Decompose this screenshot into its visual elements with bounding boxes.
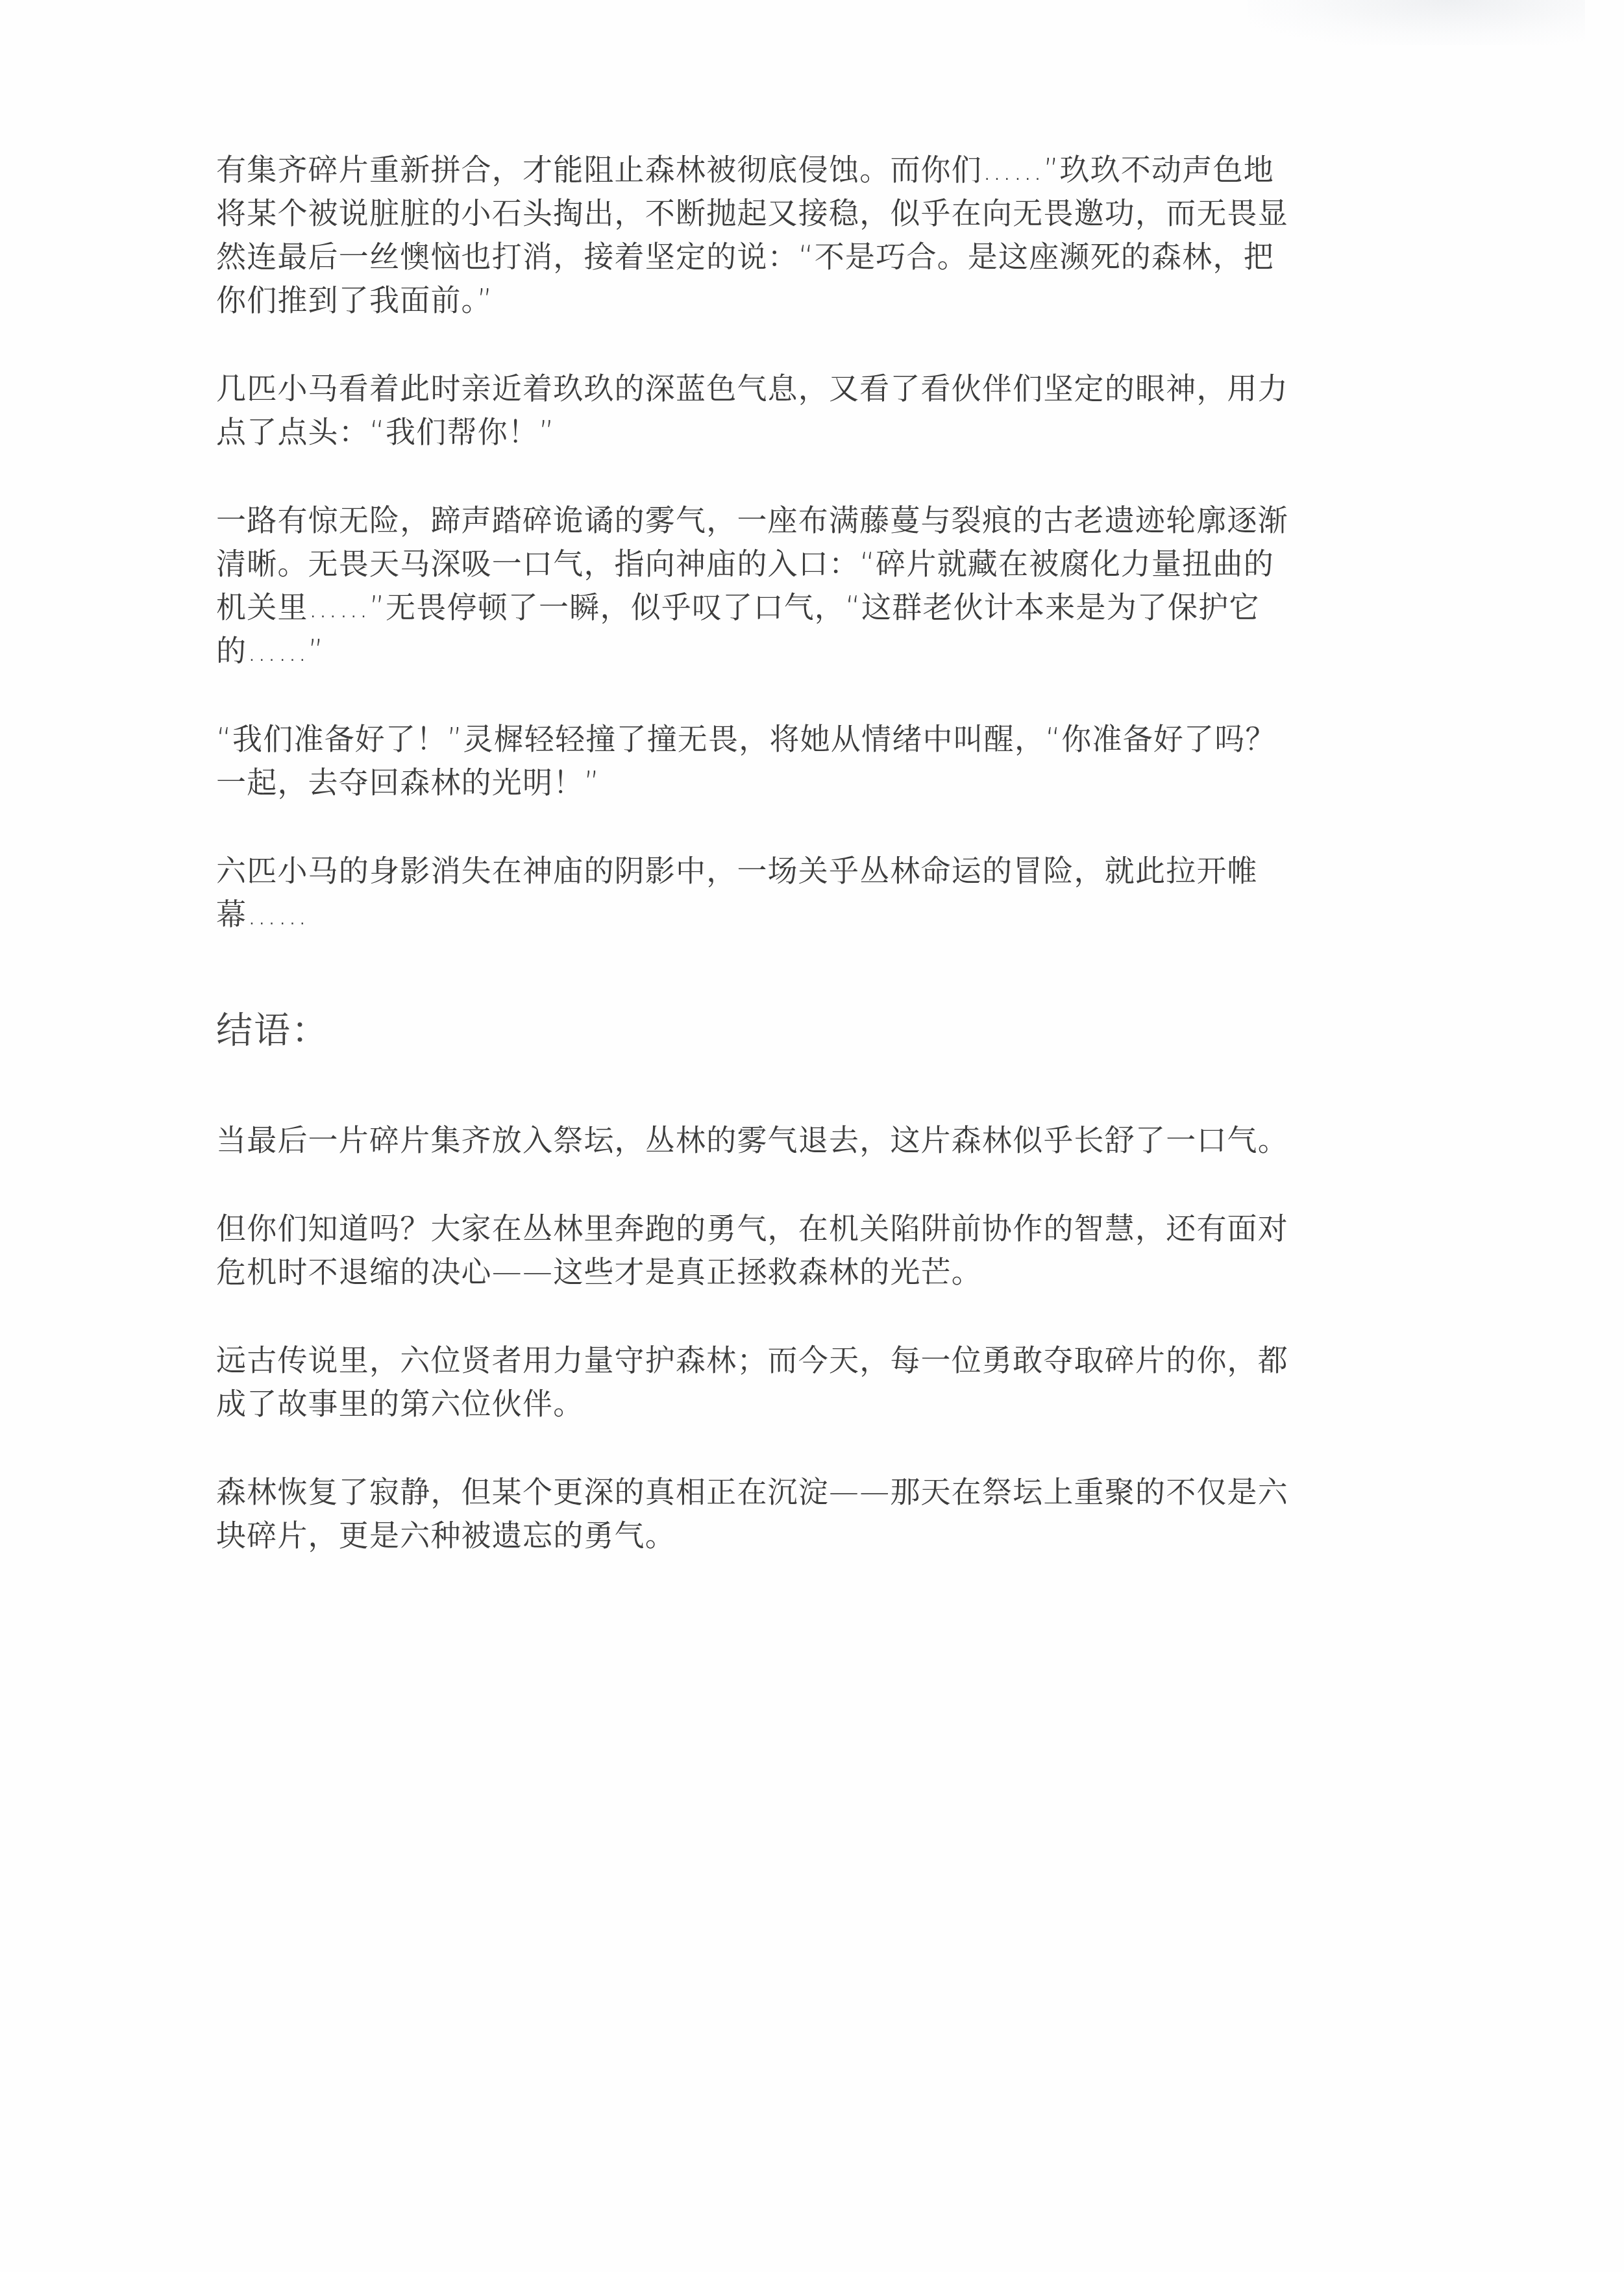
epilogue-paragraph-3: 远古传说里，六位贤者用力量守护森林；而今天，每一位勇敢夺取碎片的你，都 成了故事… [216,1339,1397,1426]
epilogue-heading: 结语： [216,1007,329,1054]
epilogue-section: 当最后一片碎片集齐放入祭坛，丛林的雾气退去，这片森林似乎长舒了一口气。 但你们知… [216,1118,1397,1602]
text-line: “我们准备好了！”灵樨轻轻撞了撞无畏，将她从情绪中叫醒，“你准备好了吗？ [216,717,1397,761]
text-line: 的……” [216,629,1397,673]
story-paragraph-5: 六匹小马的身影消失在神庙的阴影中，一场关乎丛林命运的冒险，就此拉开帷 幕…… [216,849,1397,936]
epilogue-paragraph-2: 但你们知道吗？大家在丛林里奔跑的勇气，在机关陷阱前协作的智慧，还有面对 危机时不… [216,1207,1397,1294]
epilogue-paragraph-1: 当最后一片碎片集齐放入祭坛，丛林的雾气退去，这片森林似乎长舒了一口气。 [216,1118,1397,1162]
text-line: 然连最后一丝懊恼也打消，接着坚定的说：“不是巧合。是这座濒死的森林，把 [216,235,1397,278]
text-line: 一路有惊无险，蹄声踏碎诡谲的雾气，一座布满藤蔓与裂痕的古老遗迹轮廓逐渐 [216,499,1397,542]
text-line: 你们推到了我面前。” [216,278,1397,322]
text-line: 点了点头：“我们帮你！” [216,410,1397,454]
text-line: 幕…… [216,893,1397,936]
text-line: 有集齐碎片重新拼合，才能阻止森林被彻底侵蚀。而你们……”玖玖不动声色地 [216,148,1397,191]
text-line: 将某个被说脏脏的小石头掏出，不断抛起又接稳，似乎在向无畏邀功，而无畏显 [216,191,1397,235]
epilogue-paragraph-4: 森林恢复了寂静，但某个更深的真相正在沉淀——那天在祭坛上重聚的不仅是六 块碎片，… [216,1470,1397,1557]
text-line: 远古传说里，六位贤者用力量守护森林；而今天，每一位勇敢夺取碎片的你，都 [216,1339,1397,1382]
story-paragraph-1: 有集齐碎片重新拼合，才能阻止森林被彻底侵蚀。而你们……”玖玖不动声色地 将某个被… [216,148,1397,322]
text-line: 几匹小马看着此时亲近着玖玖的深蓝色气息，又看了看伙伴们坚定的眼神，用力 [216,367,1397,410]
story-paragraph-4: “我们准备好了！”灵樨轻轻撞了撞无畏，将她从情绪中叫醒，“你准备好了吗？ 一起，… [216,717,1397,804]
story-section: 有集齐碎片重新拼合，才能阻止森林被彻底侵蚀。而你们……”玖玖不动声色地 将某个被… [216,148,1397,981]
text-line: 清晰。无畏天马深吸一口气，指向神庙的入口：“碎片就藏在被腐化力量扭曲的 [216,542,1397,586]
text-line: 一起，去夺回森林的光明！” [216,761,1397,804]
text-line: 机关里……”无畏停顿了一瞬，似乎叹了口气，“这群老伙计本来是为了保护它 [216,586,1397,629]
text-line: 但你们知道吗？大家在丛林里奔跑的勇气，在机关陷阱前协作的智慧，还有面对 [216,1207,1397,1250]
text-line: 六匹小马的身影消失在神庙的阴影中，一场关乎丛林命运的冒险，就此拉开帷 [216,849,1397,893]
story-paragraph-3: 一路有惊无险，蹄声踏碎诡谲的雾气，一座布满藤蔓与裂痕的古老遗迹轮廓逐渐 清晰。无… [216,499,1397,673]
text-line: 当最后一片碎片集齐放入祭坛，丛林的雾气退去，这片森林似乎长舒了一口气。 [216,1118,1397,1162]
scanned-page: 有集齐碎片重新拼合，才能阻止森林被彻底侵蚀。而你们……”玖玖不动声色地 将某个被… [0,0,1624,2272]
scan-shadow [1248,0,1585,45]
text-line: 危机时不退缩的决心——这些才是真正拯救森林的光芒。 [216,1250,1397,1294]
story-paragraph-2: 几匹小马看着此时亲近着玖玖的深蓝色气息，又看了看伙伴们坚定的眼神，用力 点了点头… [216,367,1397,454]
text-line: 块碎片，更是六种被遗忘的勇气。 [216,1514,1397,1557]
text-line: 森林恢复了寂静，但某个更深的真相正在沉淀——那天在祭坛上重聚的不仅是六 [216,1470,1397,1514]
text-line: 成了故事里的第六位伙伴。 [216,1382,1397,1426]
